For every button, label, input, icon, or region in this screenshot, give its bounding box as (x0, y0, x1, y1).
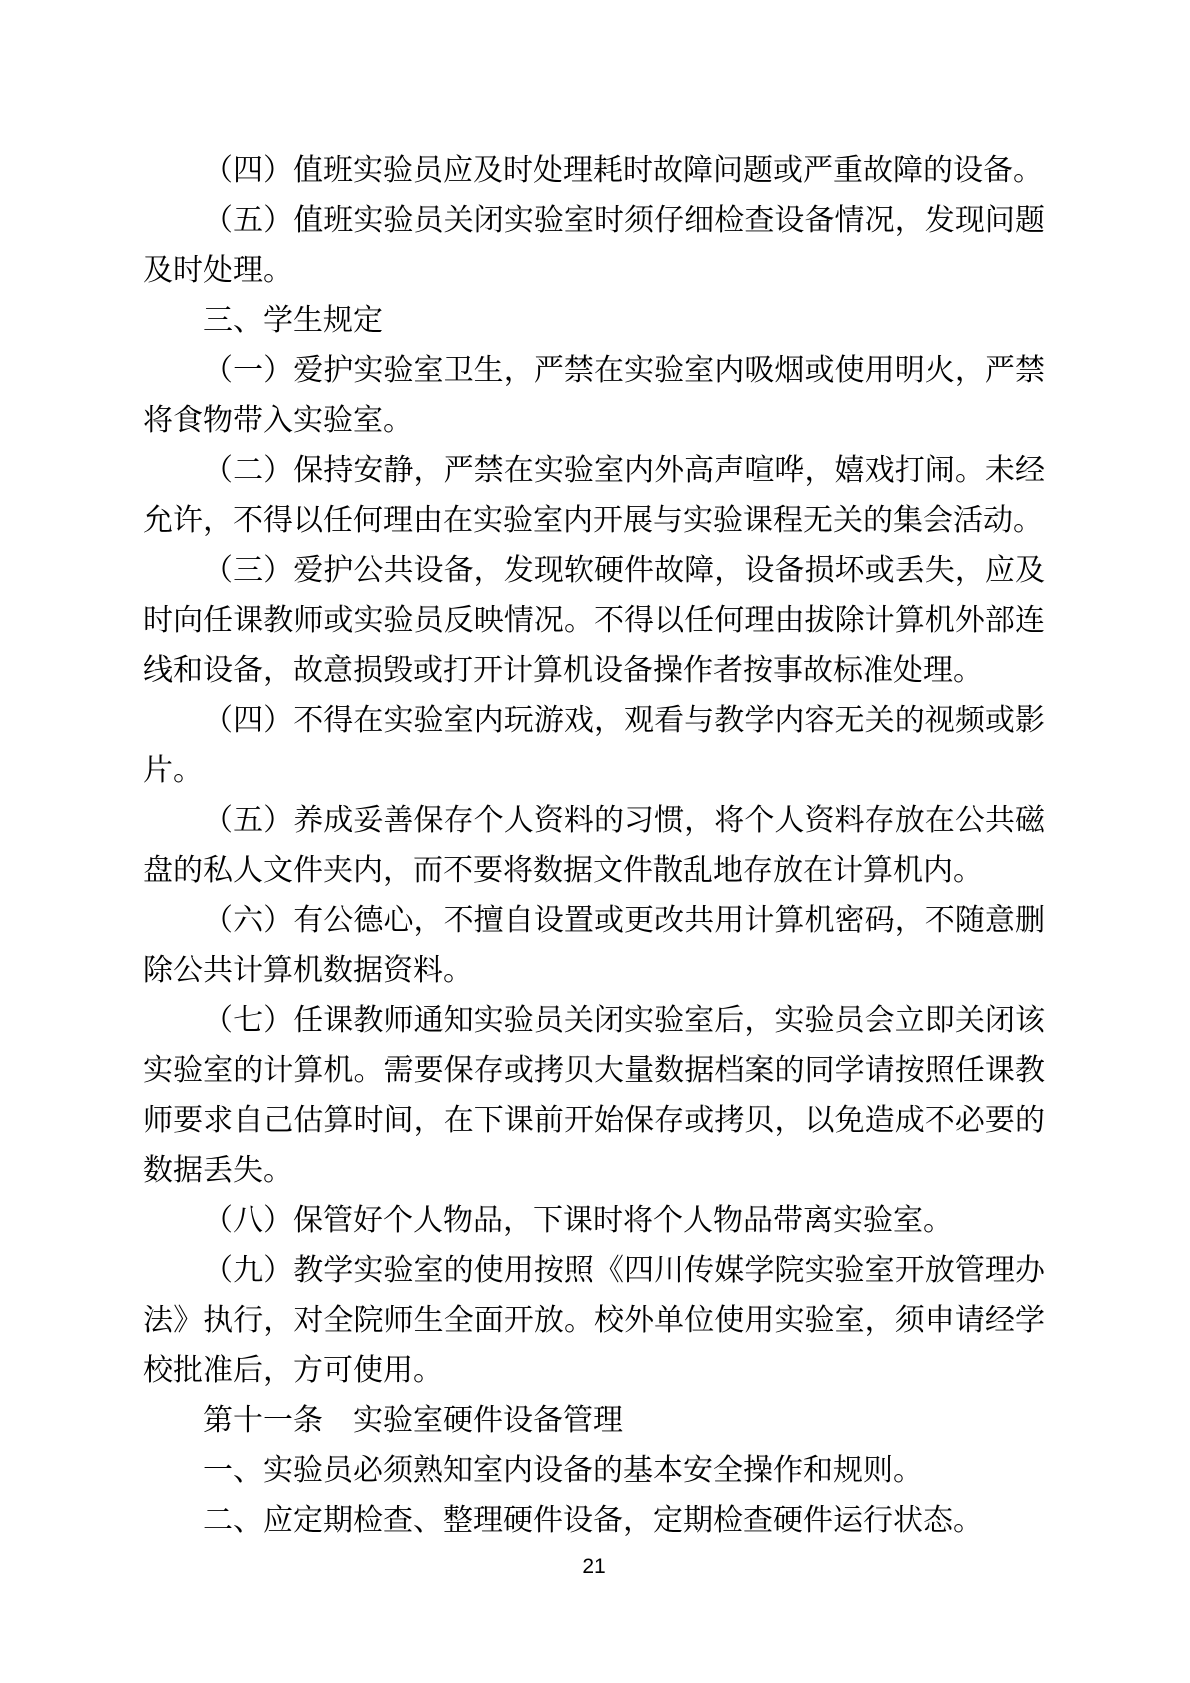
paragraph: （一）爱护实验室卫生，严禁在实验室内吸烟或使用明火，严禁将食物带入实验室。 (143, 346, 1045, 446)
paragraph: （九）教学实验室的使用按照《四川传媒学院实验室开放管理办法》执行，对全院师生全面… (143, 1246, 1045, 1396)
paragraph: （六）有公德心，不擅自设置或更改共用计算机密码，不随意删除公共计算机数据资料。 (143, 896, 1045, 996)
paragraph: （四）值班实验员应及时处理耗时故障问题或严重故障的设备。 (143, 146, 1045, 196)
paragraph: （四）不得在实验室内玩游戏，观看与教学内容无关的视频或影片。 (143, 696, 1045, 796)
section-heading: 三、学生规定 (143, 296, 1045, 346)
paragraph: （二）保持安静，严禁在实验室内外高声喧哗，嬉戏打闹。未经允许，不得以任何理由在实… (143, 446, 1045, 546)
page-number: 21 (143, 1554, 1045, 1580)
article-heading: 第十一条 实验室硬件设备管理 (143, 1396, 1045, 1446)
paragraph: （五）值班实验员关闭实验室时须仔细检查设备情况，发现问题及时处理。 (143, 196, 1045, 296)
paragraph: （八）保管好个人物品，下课时将个人物品带离实验室。 (143, 1196, 1045, 1246)
paragraph: 二、应定期检查、整理硬件设备，定期检查硬件运行状态。 (143, 1496, 1045, 1546)
paragraph: （七）任课教师通知实验员关闭实验室后，实验员会立即关闭该实验室的计算机。需要保存… (143, 996, 1045, 1196)
document-page: （四）值班实验员应及时处理耗时故障问题或严重故障的设备。 （五）值班实验员关闭实… (0, 0, 1190, 1683)
paragraph: 一、实验员必须熟知室内设备的基本安全操作和规则。 (143, 1446, 1045, 1496)
paragraph: （五）养成妥善保存个人资料的习惯，将个人资料存放在公共磁盘的私人文件夹内，而不要… (143, 796, 1045, 896)
paragraph: （三）爱护公共设备，发现软硬件故障，设备损坏或丢失，应及时向任课教师或实验员反映… (143, 546, 1045, 696)
